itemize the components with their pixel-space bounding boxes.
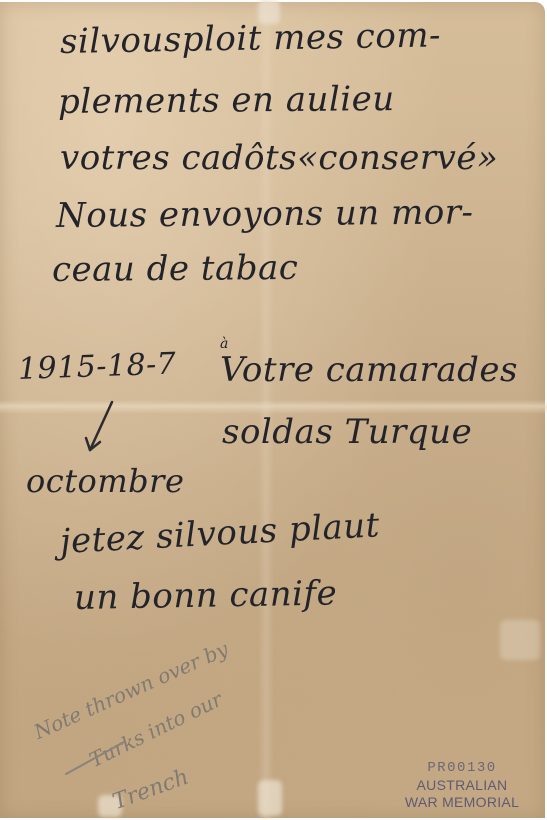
paper-wear-mark	[500, 620, 540, 660]
letter-date: 1915-18-7	[17, 346, 177, 387]
signature-line-2: soldas Turque	[222, 412, 472, 452]
letter-month: octombre	[26, 462, 184, 500]
signature-line-1: Votre camarades	[220, 350, 518, 390]
accession-number: PR00130	[392, 760, 532, 777]
handwritten-line-2: plements en aulieu	[58, 79, 395, 122]
request-line-2: un bonn canife	[74, 573, 338, 618]
archive-stamp: PR00130 AUSTRALIAN WAR MEMORIAL	[392, 760, 532, 811]
arrow-down-icon	[82, 398, 116, 458]
stamp-institution-line-1: AUSTRALIAN	[392, 777, 532, 794]
handwritten-line-4: Nous envoyons un mor-	[56, 192, 474, 236]
paper-wear-mark	[258, 780, 282, 816]
stamp-institution-line-2: WAR MEMORIAL	[392, 794, 532, 811]
handwritten-line-1: silvousploit mes com-	[60, 15, 442, 62]
pencil-underline	[64, 738, 128, 778]
handwritten-line-5: ceau de tabac	[52, 248, 299, 290]
handwritten-line-3: votres cadôts«conservé»	[60, 138, 498, 178]
